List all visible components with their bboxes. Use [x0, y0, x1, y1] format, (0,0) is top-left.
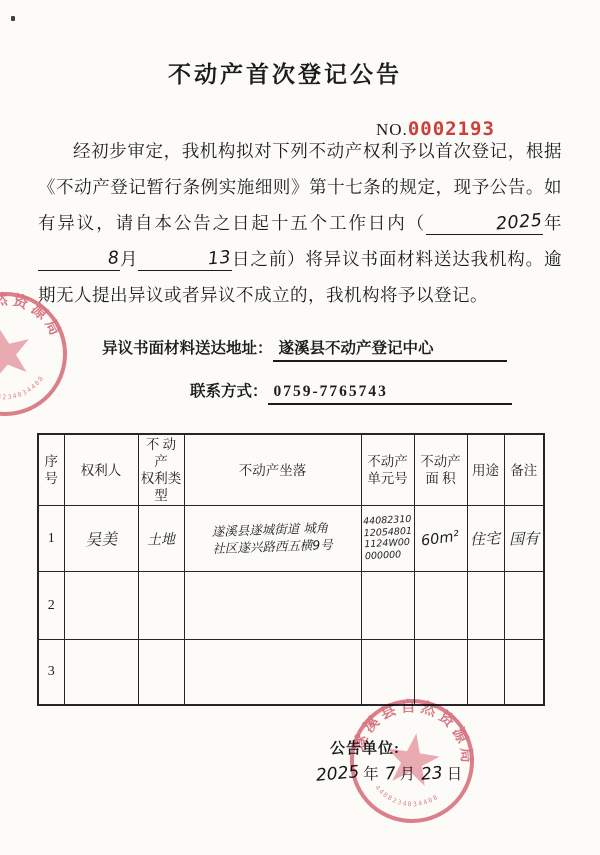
header-unit-no: 不动产 单元号	[361, 434, 414, 506]
row1-owner-handwritten: 吴美	[85, 526, 118, 550]
page-title: 不动产首次登记公告	[20, 56, 550, 89]
row2-unit-no	[361, 572, 414, 640]
header-use: 用途	[467, 434, 504, 506]
handwritten-year-blank: 2025	[426, 213, 543, 235]
table-row: 1 吴美 土地 遂溪县遂城街道 城角 社区遂兴路西五横9号 44082310 1…	[38, 506, 544, 572]
row2-owner	[64, 572, 138, 640]
official-seal-bottom: 遂溪县自然资源局 4408234034408	[332, 681, 492, 841]
row1-note-handwritten: 国有	[508, 527, 539, 549]
table-header-row: 序号 权利人 不 动 产 权利类型 不动产坐落 不动产 单元号 不动产 面 积 …	[38, 434, 544, 506]
row3-note	[504, 640, 544, 705]
table-row: 2	[38, 572, 544, 640]
table-row: 3	[38, 640, 544, 705]
row2-location	[184, 572, 361, 640]
row1-use-handwritten: 住宅	[470, 527, 501, 550]
contact-line: 联系方式：0759-7765743	[190, 379, 512, 405]
row1-seq: 1	[38, 506, 64, 572]
month-unit: 月	[120, 249, 139, 269]
scan-artifact-speck	[11, 16, 15, 21]
header-location: 不动产坐落	[184, 434, 361, 506]
header-seq: 序号	[38, 434, 64, 506]
header-right-type: 不 动 产 权利类型	[138, 434, 184, 506]
handwritten-day-blank: 13	[138, 249, 231, 271]
seal-serial-number: 4408234034408	[371, 783, 441, 813]
contact-phone-value: 0759-7765743	[268, 383, 512, 405]
delivery-address-label: 异议书面材料送达地址：	[102, 340, 273, 357]
year-unit: 年	[543, 213, 562, 233]
handwritten-month-blank: 8	[38, 249, 120, 271]
row2-use	[467, 572, 504, 640]
header-area: 不动产 面 积	[414, 434, 467, 506]
contact-label: 联系方式：	[190, 383, 268, 400]
delivery-address-value: 遂溪县不动产登记中心	[273, 336, 507, 362]
row2-seq: 2	[38, 572, 64, 640]
announcement-paragraph: 经初步审定，我机构拟对下列不动产权利予以首次登记，根据《不动产登记暂行条例实施细…	[38, 133, 562, 313]
handwritten-year: 2025	[460, 210, 543, 237]
row1-area-handwritten: 60m²	[420, 528, 460, 549]
svg-text:4408234034408: 4408234034408	[371, 783, 441, 813]
row3-use	[467, 640, 504, 705]
delivery-address-line: 异议书面材料送达地址：遂溪县不动产登记中心	[102, 336, 507, 362]
row2-note	[504, 572, 544, 640]
seal-star-icon	[0, 320, 36, 382]
scanned-announcement-page: 不动产首次登记公告 NO.0002193 经初步审定，我机构拟对下列不动产权利予…	[0, 0, 600, 855]
row1-location-handwritten: 遂溪县遂城街道 城角 社区遂兴路西五横9号	[212, 519, 334, 557]
registration-table: 序号 权利人 不 动 产 权利类型 不动产坐落 不动产 单元号 不动产 面 积 …	[37, 433, 545, 706]
row1-type-handwritten: 土地	[147, 528, 176, 549]
row3-location	[184, 640, 361, 705]
header-owner: 权利人	[64, 434, 138, 506]
row2-area	[414, 572, 467, 640]
row3-seq: 3	[38, 640, 64, 705]
row3-owner	[64, 640, 138, 705]
handwritten-day: 13	[173, 247, 233, 272]
header-note: 备注	[504, 434, 544, 506]
row2-type	[138, 572, 184, 640]
seal-star-icon	[382, 729, 442, 787]
row3-type	[138, 640, 184, 705]
handwritten-month: 8	[72, 248, 120, 272]
row1-unit-no-handwritten: 44082310 12054801 1124W00 000000	[362, 514, 413, 562]
